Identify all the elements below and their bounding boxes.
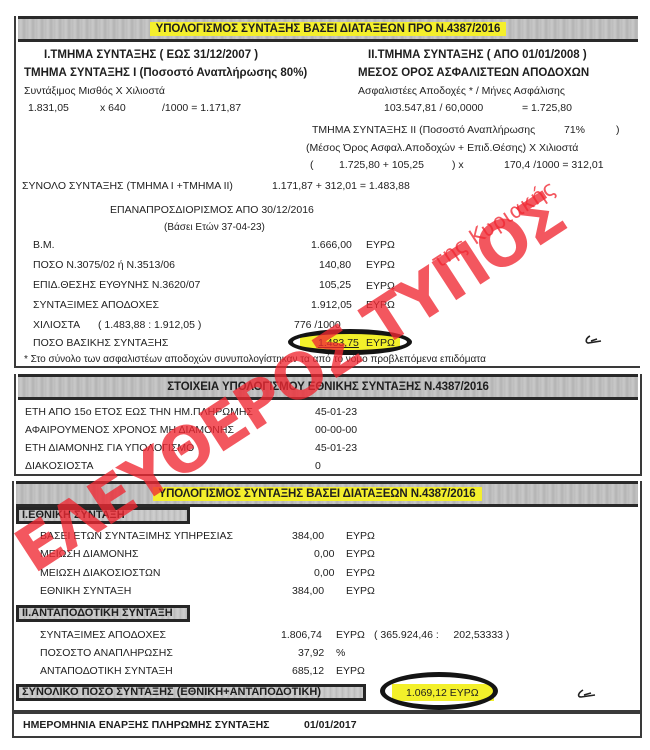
row-label: ΠΟΣΟΣΤΟ ΑΝΑΠΛΗΡΩΣΗΣ (40, 647, 173, 660)
recalc-subtitle: (Βάσει Ετών 37-04-23) (164, 221, 265, 234)
row-label: ΜΕΙΩΣΗ ΔΙΑΜΟΝΗΣ (40, 548, 138, 561)
part2-subheading: ΜΕΣΟΣ ΟΡΟΣ ΑΣΦΑΛΙΣΤΕΩΝ ΑΠΟΔΟΧΩΝ (358, 67, 589, 80)
part1-result: /1000 = 1.171,87 (162, 102, 241, 115)
row-label: ΔΙΑΚΟΣΙΟΣΤΑ (25, 460, 94, 473)
part2-rate-close: ) (616, 124, 620, 137)
row-value: 1.912,05 (311, 299, 352, 312)
part2-rate-label: ΤΜΗΜΑ ΣΥΝΤΑΞΗΣ II (Ποσοστό Αναπλήρωσης (312, 124, 535, 137)
section-title: ΥΠΟΛΟΓΙΣΜΟΣ ΣΥΝΤΑΞΗΣ ΒΑΣΕΙ ΔΙΑΤΑΞΕΩΝ Ν.4… (153, 487, 482, 501)
part2-formula-label: Ασφαλιστέες Αποδοχές * / Μήνες Ασφάλισης (358, 85, 565, 98)
pre-law-pension-panel: ΥΠΟΛΟΓΙΣΜΟΣ ΣΥΝΤΑΞΗΣ ΒΑΣΕΙ ΔΙΑΤΑΞΕΩΝ ΠΡΟ… (14, 16, 640, 368)
row-unit: ΕΥΡΩ (366, 239, 395, 252)
row-unit: ΕΥΡΩ (366, 259, 395, 272)
part2-formula2-open: ( (310, 159, 314, 172)
section-title: ΥΠΟΛΟΓΙΣΜΟΣ ΣΥΝΤΑΞΗΣ ΒΑΣΕΙ ΔΙΑΤΑΞΕΩΝ ΠΡΟ… (150, 22, 507, 36)
basic-label: ΠΟΣΟ ΒΑΣΙΚΗΣ ΣΥΝΤΑΞΗΣ (33, 337, 168, 350)
footnote: * Στο σύνολο των ασφαλιστέων αποδοχών συ… (24, 353, 486, 366)
row-value: 384,00 (292, 530, 324, 543)
row-value: 45-01-23 (315, 442, 357, 455)
row-value: 384,00 (292, 585, 324, 598)
row-label: ΕΠΙΔ.ΘΕΣΗΣ ΕΥΘΥΝΗΣ Ν.3620/07 (33, 279, 200, 292)
row-label: ΒΑΣΕΙ ΕΤΩΝ ΣΥΝΤΑΞΙΜΗΣ ΥΠΗΡΕΣΙΑΣ (40, 530, 233, 543)
row-unit: ΕΥΡΩ (346, 530, 375, 543)
contributory-pension-heading: II.ΑΝΤΑΠΟΔΟΤΙΚΗ ΣΥΝΤΑΞΗ (16, 605, 190, 622)
row-value: 685,12 (292, 665, 324, 678)
part2-formula2-x: ) x (452, 159, 464, 172)
total-pension-value: 1.069,12 ΕΥΡΩ (406, 687, 479, 700)
part2-avg-result: = 1.725,80 (522, 102, 572, 115)
row-value: 0,00 (314, 567, 334, 580)
row-unit: ΕΥΡΩ (366, 299, 395, 312)
row-label: ΕΤΗ ΔΙΑΜΟΝΗΣ ΓΙΑ ΥΠΟΛΟΓΙΣΜΟ (25, 442, 194, 455)
part1-subheading: ΤΜΗΜΑ ΣΥΝΤΑΞΗΣ I (Ποσοστό Αναπλήρωσης 80… (24, 67, 307, 80)
section-header-bar: ΣΤΟΙΧΕΙΑ ΥΠΟΛΟΓΙΣΜΟΥ ΕΘΝΙΚΗΣ ΣΥΝΤΑΞΗΣ Ν.… (18, 374, 638, 400)
recalc-title: ΕΠΑΝΑΠΡΟΣΔΙΟΡΙΣΜΟΣ ΑΠΟ 30/12/2016 (110, 204, 314, 217)
row-value: 105,25 (319, 279, 351, 292)
row-value: 45-01-23 (315, 406, 357, 419)
row-extra: ( 365.924,46 : 202,53333 ) (374, 629, 509, 642)
row-value: 0,00 (314, 548, 334, 561)
row-label: ΑΝΤΑΠΟΔΟΤΙΚΗ ΣΥΝΤΑΞΗ (40, 665, 173, 678)
national-pension-heading: I.ΕΘΝΙΚΗ ΣΥΝΤΑΞΗ (16, 507, 190, 524)
total-value: 1.171,87 + 312,01 = 1.483,88 (272, 180, 410, 193)
part2-formula2-label: (Μέσος Όρος Ασφαλ.Αποδοχών + Επιδ.Θέσης)… (306, 142, 578, 155)
pension-document: ΥΠΟΛΟΓΙΣΜΟΣ ΣΥΝΤΑΞΗΣ ΒΑΣΕΙ ΔΙΑΤΑΞΕΩΝ ΠΡΟ… (0, 0, 650, 750)
part1-heading: I.ΤΜΗΜΑ ΣΥΝΤΑΞΗΣ ( ΕΩΣ 31/12/2007 ) (44, 49, 258, 62)
row-label: ΣΥΝΤΑΞΙΜΕΣ ΑΠΟΔΟΧΕΣ (40, 629, 166, 642)
row-unit: ΕΥΡΩ (336, 629, 365, 642)
new-law-pension-panel: ΥΠΟΛΟΓΙΣΜΟΣ ΣΥΝΤΑΞΗΣ ΒΑΣΕΙ ΔΙΑΤΑΞΕΩΝ Ν.4… (12, 481, 642, 712)
total-pension-heading: ΣΥΝΟΛΙΚΟ ΠΟΣΟ ΣΥΝΤΑΞΗΣ (ΕΘΝΙΚΗ+ΑΝΤΑΠΟΔΟΤ… (16, 684, 366, 701)
section-header-bar: ΥΠΟΛΟΓΙΣΜΟΣ ΣΥΝΤΑΞΗΣ ΒΑΣΕΙ ΔΙΑΤΑΞΕΩΝ ΠΡΟ… (18, 16, 638, 42)
row-label: ΕΤΗ ΑΠΟ 15ο ΕΤΟΣ ΕΩΣ ΤΗΝ ΗΜ.ΠΛΗΡΩΜΗΣ (25, 406, 253, 419)
national-pension-data-panel: ΣΤΟΙΧΕΙΑ ΥΠΟΛΟΓΙΣΜΟΥ ΕΘΝΙΚΗΣ ΣΥΝΤΑΞΗΣ Ν.… (14, 374, 642, 476)
part1-formula-label: Συντάξιμος Μισθός Χ Χιλιοστά (24, 85, 165, 98)
payment-start-label: ΗΜΕΡΟΜΗΝΙΑ ΕΝΑΡΞΗΣ ΠΛΗΡΩΜΗΣ ΣΥΝΤΑΞΗΣ (23, 719, 269, 732)
row-unit: ΕΥΡΩ (346, 567, 375, 580)
permille-label: ΧΙΛΙΟΣΤΑ (33, 319, 80, 332)
signature-mark (584, 334, 604, 346)
part1-multiplier: x 640 (100, 102, 126, 115)
row-unit: ΕΥΡΩ (366, 280, 395, 293)
basic-unit: ΕΥΡΩ (366, 337, 395, 350)
signature-mark (576, 688, 598, 700)
part2-formula2-result: 170,4 /1000 = 312,01 (504, 159, 604, 172)
payment-start-panel: ΗΜΕΡΟΜΗΝΙΑ ΕΝΑΡΞΗΣ ΠΛΗΡΩΜΗΣ ΣΥΝΤΑΞΗΣ 01/… (12, 712, 642, 738)
row-label: ΜΕΙΩΣΗ ΔΙΑΚΟΣΙΟΣΤΩΝ (40, 567, 160, 580)
part2-heading: II.ΤΜΗΜΑ ΣΥΝΤΑΞΗΣ ( ΑΠΟ 01/01/2008 ) (368, 49, 587, 62)
row-label: ΠΟΣΟ Ν.3075/02 ή Ν.3513/06 (33, 259, 175, 272)
row-unit: ΕΥΡΩ (336, 665, 365, 678)
part1-salary: 1.831,05 (28, 102, 69, 115)
total-label: ΣΥΝΟΛΟ ΣΥΝΤΑΞΗΣ (ΤΜΗΜΑ I +ΤΜΗΜΑ II) (22, 180, 233, 193)
section-title: ΣΤΟΙΧΕΙΑ ΥΠΟΛΟΓΙΣΜΟΥ ΕΘΝΙΚΗΣ ΣΥΝΤΑΞΗΣ Ν.… (161, 380, 495, 394)
row-unit: % (336, 647, 345, 660)
row-label: ΕΘΝΙΚΗ ΣΥΝΤΑΞΗ (40, 585, 131, 598)
row-label: ΑΦΑΙΡΟΥΜΕΝΟΣ ΧΡΟΝΟΣ ΜΗ ΔΙΑΜΟΝΗΣ (25, 424, 234, 437)
row-value: 0 (315, 460, 321, 473)
payment-start-date: 01/01/2017 (304, 719, 357, 732)
row-label: Β.Μ. (33, 239, 55, 252)
row-label: ΣΥΝΤΑΞΙΜΕΣ ΑΠΟΔΟΧΕΣ (33, 299, 159, 312)
part2-rate-value: 71% (564, 124, 585, 137)
row-unit: ΕΥΡΩ (346, 548, 375, 561)
section-header-bar: ΥΠΟΛΟΓΙΣΜΟΣ ΣΥΝΤΑΞΗΣ ΒΑΣΕΙ ΔΙΑΤΑΞΕΩΝ Ν.4… (16, 481, 638, 507)
row-value: 00-00-00 (315, 424, 357, 437)
row-value: 1.806,74 (281, 629, 322, 642)
permille-calc: ( 1.483,88 : 1.912,05 ) (98, 319, 201, 332)
row-value: 37,92 (298, 647, 324, 660)
row-unit: ΕΥΡΩ (346, 585, 375, 598)
part2-earnings: 103.547,81 / 60,0000 (384, 102, 483, 115)
part2-formula2-values: 1.725,80 + 105,25 (339, 159, 424, 172)
row-value: 1.666,00 (311, 239, 352, 252)
row-value: 140,80 (319, 259, 351, 272)
basic-value: 1.483,75 (318, 337, 359, 350)
